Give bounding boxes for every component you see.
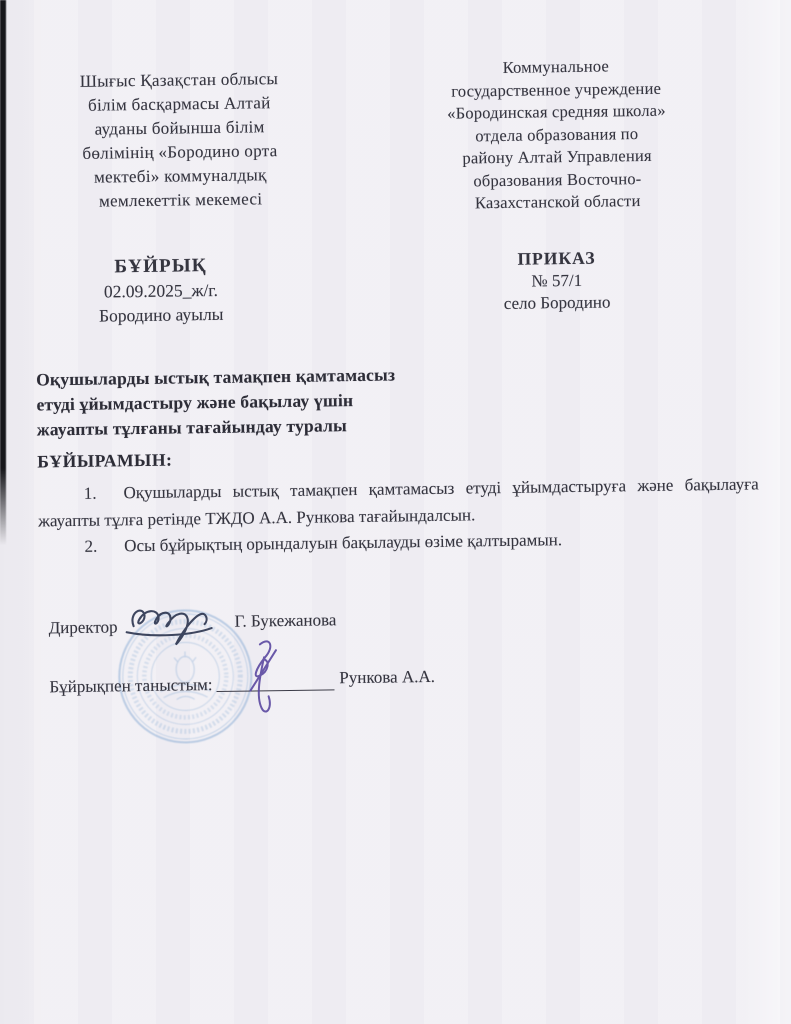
order-title-kazakh: БҰЙРЫҚ	[72, 254, 248, 280]
acquainted-signature-icon	[230, 634, 293, 721]
acquainted-label: Бұйрықпен таныстым:	[49, 675, 212, 697]
order-items: 1.Оқушыларды ыстық тамақпен қамтамасыз е…	[38, 471, 760, 561]
item-2-number: 2.	[84, 534, 97, 561]
order-place-kazakh: Бородино ауылы	[73, 302, 249, 328]
scanned-order-document: Шығыс Қазақстан облысы білім басқармасы …	[0, 0, 791, 1024]
item-2-text: Осы бұйрықтың орындалуын бақылауды өзіме…	[124, 530, 562, 555]
item-1-number: 1.	[84, 481, 97, 508]
order-block-russian: ПРИКАЗ № 57/1 село Бородино	[448, 246, 665, 317]
director-signature-icon	[111, 599, 238, 651]
director-name: Г. Букежанова	[234, 610, 336, 631]
org-name-russian: Коммунальное государственное учреждение …	[432, 54, 682, 215]
order-place-russian: село Бородино	[449, 291, 665, 317]
resolve-heading: БҰЙЫРАМЫН:	[37, 450, 173, 473]
order-number: № 57/1	[449, 268, 665, 294]
director-label: Директор	[48, 617, 117, 638]
acquainted-name: Рункова А.А.	[339, 667, 435, 688]
org-name-kazakh: Шығыс Қазақстан облысы білім басқармасы …	[56, 67, 304, 214]
document-content: Шығыс Қазақстан облысы білім басқармасы …	[0, 0, 791, 1024]
item-1-text: Оқушыларды ыстық тамақпен қамтамасыз ету…	[38, 474, 759, 530]
order-subject: Оқушыларды ыстық тамақпен қамтамасыз ету…	[36, 362, 457, 443]
order-date: 02.09.2025_ж/г.	[73, 278, 249, 304]
order-title-russian: ПРИКАЗ	[448, 246, 664, 272]
order-block-kazakh: БҰЙРЫҚ 02.09.2025_ж/г. Бородино ауылы	[72, 254, 249, 328]
